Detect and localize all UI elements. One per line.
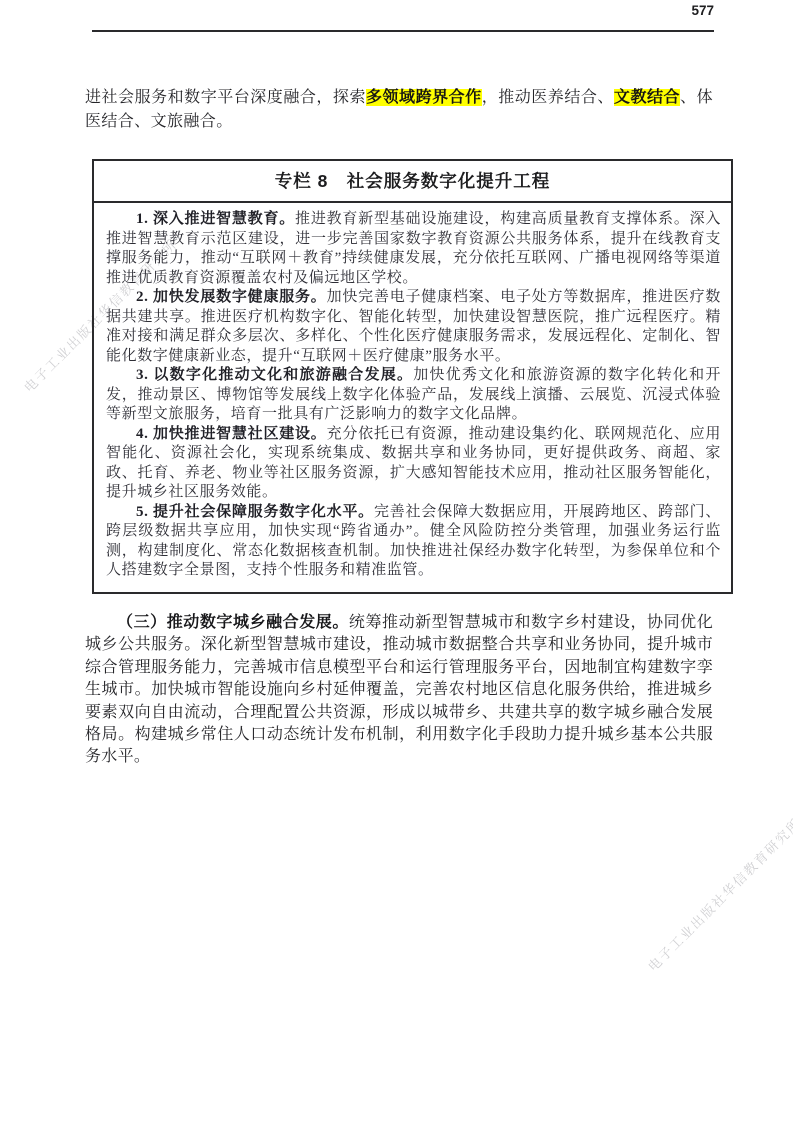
highlighted-text: 文教结合 xyxy=(614,89,680,106)
panel-item-lead: 1. 深入推进智慧教育。 xyxy=(136,211,295,227)
panel-item-4: 4. 加快推进智慧社区建设。充分依托已有资源，推动建设集约化、联网规范化、应用智… xyxy=(106,425,721,503)
column-box: 专栏 8 社会服务数字化提升工程 1. 深入推进智慧教育。推进教育新型基础设施建… xyxy=(92,159,733,594)
panel-body: 1. 深入推进智慧教育。推进教育新型基础设施建设，构建高质量教育支撑体系。深入推… xyxy=(94,203,731,592)
header-rule xyxy=(92,30,714,32)
panel-item-5: 5. 提升社会保障服务数字化水平。完善社会保障大数据应用，开展跨地区、跨部门、跨… xyxy=(106,503,721,581)
panel-item-lead: 2. 加快发展数字健康服务。 xyxy=(136,289,327,305)
text-segment: ，推动医养结合、 xyxy=(482,89,614,106)
panel-item-lead: 4. 加快推进智慧社区建设。 xyxy=(136,426,327,442)
page-number: 577 xyxy=(92,3,720,18)
panel-item-3: 3. 以数字化推动文化和旅游融合发展。加快优秀文化和旅游资源的数字化转化和开发，… xyxy=(106,366,721,425)
document-page: 577 进社会服务和数字平台深度融合，探索多领域跨界合作，推动医养结合、文教结合… xyxy=(0,0,793,1122)
panel-item-lead: 5. 提升社会保障服务数字化水平。 xyxy=(136,504,374,520)
section-paragraph: （三）推动数字城乡融合发展。统筹推动新型智慧城市和数字乡村建设，协同优化城乡公共… xyxy=(85,612,713,769)
text-segment: 进社会服务和数字平台深度融合，探索 xyxy=(85,89,366,106)
intro-paragraph: 进社会服务和数字平台深度融合，探索多领域跨界合作，推动医养结合、文教结合、体医结… xyxy=(85,86,713,134)
column-box-title: 专栏 8 社会服务数字化提升工程 xyxy=(94,161,731,203)
panel-item-2: 2. 加快发展数字健康服务。加快完善电子健康档案、电子处方等数据库，推进医疗数据… xyxy=(106,288,721,366)
panel-item-lead: 3. 以数字化推动文化和旅游融合发展。 xyxy=(136,367,413,383)
highlighted-text: 多领域跨界合作 xyxy=(366,89,482,106)
panel-item-1: 1. 深入推进智慧教育。推进教育新型基础设施建设，构建高质量教育支撑体系。深入推… xyxy=(106,210,721,288)
section-text: 统筹推动新型智慧城市和数字乡村建设，协同优化城乡公共服务。深化新型智慧城市建设，… xyxy=(85,614,713,765)
section-lead: （三）推动数字城乡融合发展。 xyxy=(117,614,349,631)
